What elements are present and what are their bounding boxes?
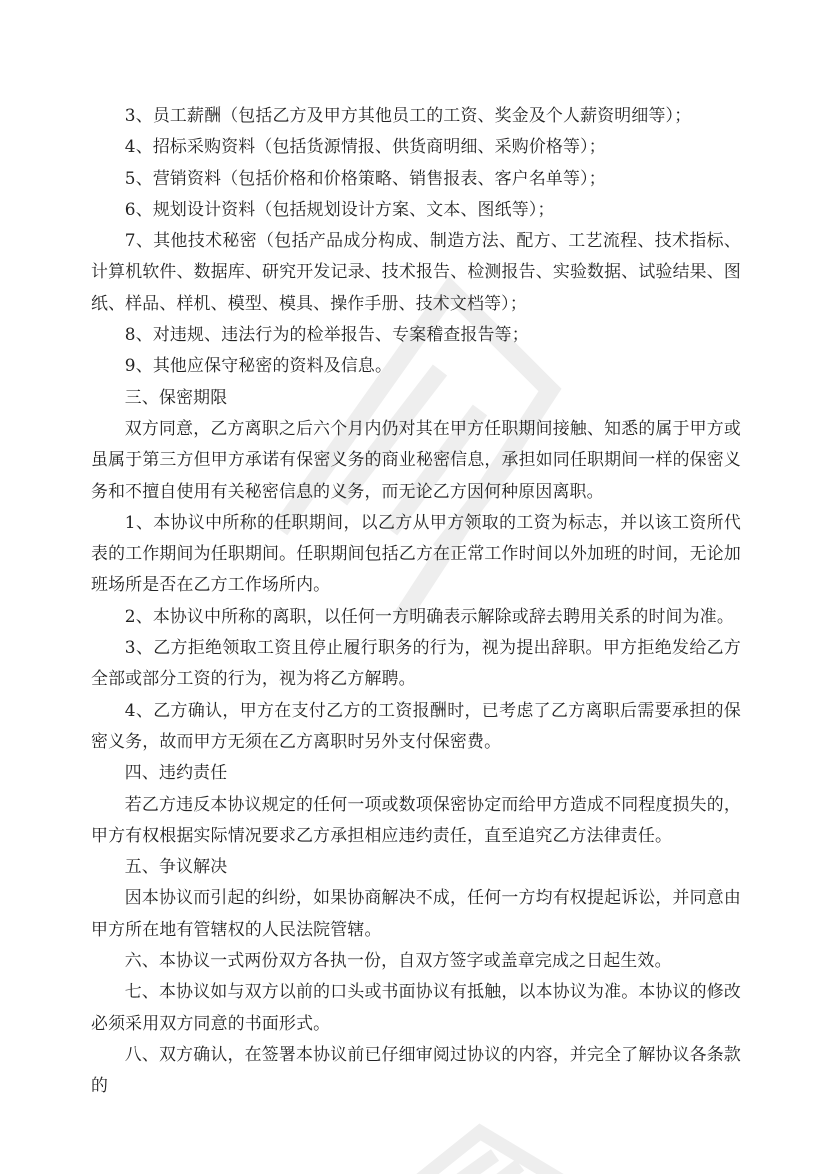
section-heading-confidentiality-period: 三、保密期限 <box>91 382 741 413</box>
list-item-salary: 3、员工薪酬（包括乙方及甲方其他员工的工资、奖金及个人薪资明细等）； <box>91 100 741 131</box>
list-item-procurement: 4、招标采购资料（包括货源情报、供货商明细、采购价格等）； <box>91 131 741 162</box>
list-item-other-info: 9、其他应保守秘密的资料及信息。 <box>91 350 741 381</box>
document-body: 3、员工薪酬（包括乙方及甲方其他员工的工资、奖金及个人薪资明细等）； 4、招标采… <box>91 100 741 1102</box>
list-item-reports: 8、对违规、违法行为的检举报告、专案稽查报告等； <box>91 319 741 350</box>
clause-resignation-definition: 2、本协议中所称的离职，以任何一方明确表示解除或辞去聘用关系的时间为准。 <box>91 601 741 632</box>
list-item-marketing: 5、营销资料（包括价格和价格策略、销售报表、客户名单等）； <box>91 163 741 194</box>
paragraph-dispute-resolution: 因本协议而引起的纠纷，如果协商解决不成，任何一方均有权提起诉讼，并同意由甲方所在… <box>91 882 741 945</box>
document-page: 3、员工薪酬（包括乙方及甲方其他员工的工资、奖金及个人薪资明细等）； 4、招标采… <box>0 0 830 1174</box>
clause-employment-period: 1、本协议中所称的任职期间，以乙方从甲方领取的工资为标志，并以该工资所代表的工作… <box>91 507 741 601</box>
paragraph-confirmation: 八、双方确认，在签署本协议前已仔细审阅过协议的内容，并完全了解协议各条款的 <box>91 1039 741 1102</box>
watermark-logo-bottom-icon <box>400 1110 600 1174</box>
paragraph-effectiveness: 六、本协议一式两份双方各执一份，自双方签字或盖章完成之日起生效。 <box>91 945 741 976</box>
list-item-design: 6、规划设计资料（包括规划设计方案、文本、图纸等）； <box>91 194 741 225</box>
paragraph-liability: 若乙方违反本协议规定的任何一项或数项保密协定而给甲方造成不同程度损失的，甲方有权… <box>91 789 741 852</box>
section-heading-dispute-resolution: 五、争议解决 <box>91 851 741 882</box>
clause-refusal-of-wages: 3、乙方拒绝领取工资且停止履行职务的行为，视为提出辞职。甲方拒绝发给乙方全部或部… <box>91 632 741 695</box>
clause-confidentiality-fee: 4、乙方确认，甲方在支付乙方的工资报酬时，已考虑了乙方离职后需要承担的保密义务，… <box>91 695 741 758</box>
paragraph-precedence: 七、本协议如与双方以前的口头或书面协议有抵触，以本协议为准。本协议的修改必须采用… <box>91 976 741 1039</box>
paragraph-confidentiality-term: 双方同意，乙方离职之后六个月内仍对其在甲方任职期间接触、知悉的属于甲方或虽属于第… <box>91 413 741 507</box>
list-item-tech-secrets: 7、其他技术秘密（包括产品成分构成、制造方法、配方、工艺流程、技术指标、计算机软… <box>91 225 741 319</box>
section-heading-liability: 四、违约责任 <box>91 757 741 788</box>
